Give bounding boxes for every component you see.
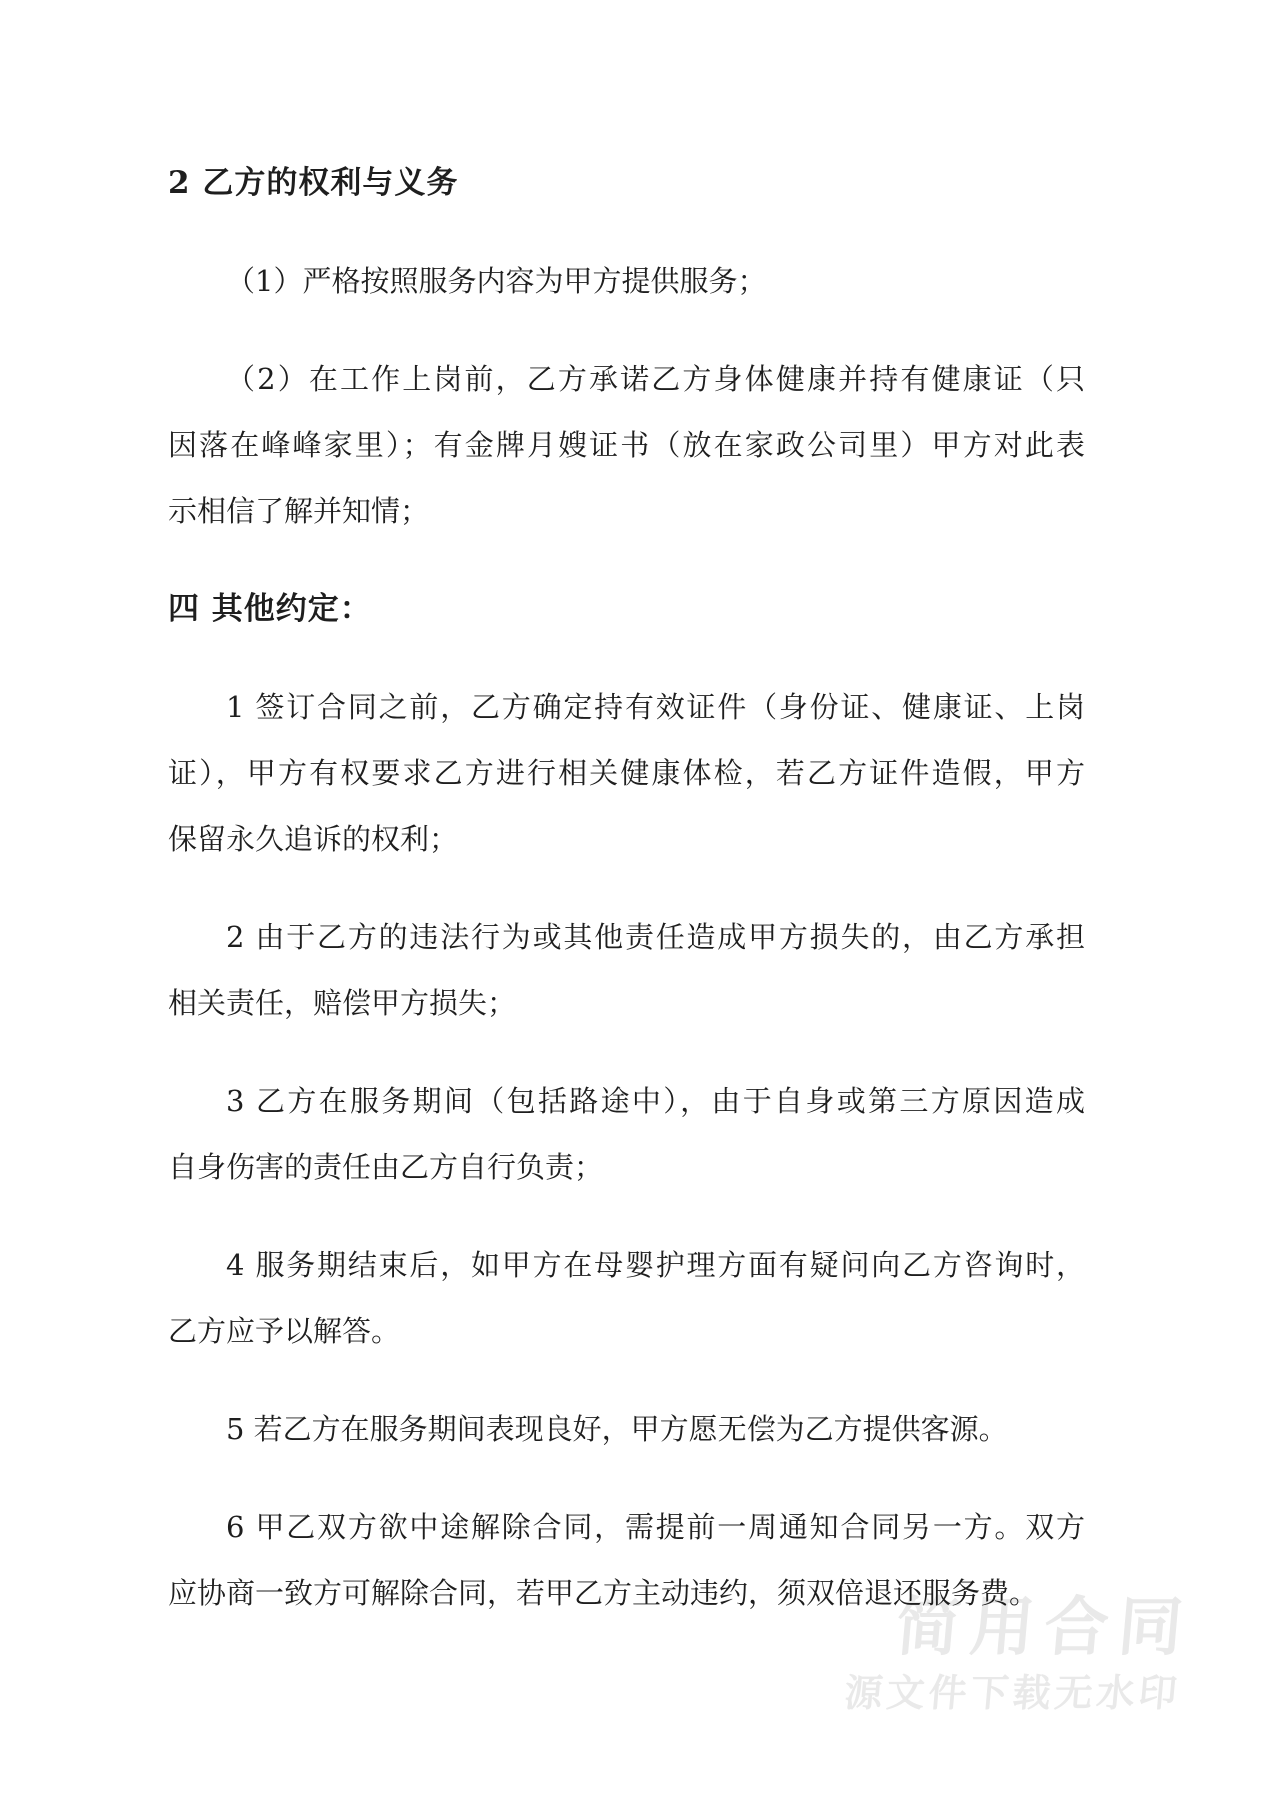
text-line: 6 甲乙双方欲中途解除合同，需提前一周通知合同另一方。双方 <box>168 1494 1085 1560</box>
contract-paragraph: 6 甲乙双方欲中途解除合同，需提前一周通知合同另一方。双方应协商一致方可解除合同… <box>168 1494 1085 1626</box>
contract-body: 2 乙方的权利与义务（1）严格按照服务内容为甲方提供服务；（2）在工作上岗前，乙… <box>168 150 1085 1658</box>
section-heading: 2 乙方的权利与义务 <box>168 150 1085 216</box>
text-line: 相关责任，赔偿甲方损失； <box>168 970 1085 1036</box>
text-line: 应协商一致方可解除合同，若甲乙方主动违约，须双倍退还服务费。 <box>168 1560 1085 1626</box>
text-line: 4 服务期结束后，如甲方在母婴护理方面有疑问向乙方咨询时， <box>168 1232 1085 1298</box>
section-heading: 四 其他约定： <box>168 576 1085 642</box>
text-line: 证），甲方有权要求乙方进行相关健康体检，若乙方证件造假，甲方 <box>168 740 1085 806</box>
text-line: 2 乙方的权利与义务 <box>168 150 1085 216</box>
text-line: 保留永久追诉的权利； <box>168 806 1085 872</box>
contract-paragraph: 4 服务期结束后，如甲方在母婴护理方面有疑问向乙方咨询时，乙方应予以解答。 <box>168 1232 1085 1364</box>
text-line: 乙方应予以解答。 <box>168 1298 1085 1364</box>
contract-paragraph: （1）严格按照服务内容为甲方提供服务； <box>168 248 1085 314</box>
text-line: 2 由于乙方的违法行为或其他责任造成甲方损失的，由乙方承担 <box>168 904 1085 970</box>
text-line: （1）严格按照服务内容为甲方提供服务； <box>168 248 1085 314</box>
text-line: 1 签订合同之前，乙方确定持有效证件（身份证、健康证、上岗 <box>168 674 1085 740</box>
contract-paragraph: 5 若乙方在服务期间表现良好，甲方愿无偿为乙方提供客源。 <box>168 1396 1085 1462</box>
text-line: （2）在工作上岗前，乙方承诺乙方身体健康并持有健康证（只 <box>168 346 1085 412</box>
watermark-subtitle: 源文件下载无水印 <box>843 1674 1182 1712</box>
text-line: 自身伤害的责任由乙方自行负责； <box>168 1134 1085 1200</box>
text-line: 5 若乙方在服务期间表现良好，甲方愿无偿为乙方提供客源。 <box>168 1396 1085 1462</box>
document-page: 2 乙方的权利与义务（1）严格按照服务内容为甲方提供服务；（2）在工作上岗前，乙… <box>0 0 1280 1810</box>
contract-paragraph: 3 乙方在服务期间（包括路途中），由于自身或第三方原因造成自身伤害的责任由乙方自… <box>168 1068 1085 1200</box>
text-line: 四 其他约定： <box>168 576 1085 642</box>
text-line: 示相信了解并知情； <box>168 478 1085 544</box>
contract-paragraph: 2 由于乙方的违法行为或其他责任造成甲方损失的，由乙方承担相关责任，赔偿甲方损失… <box>168 904 1085 1036</box>
text-line: 因落在峰峰家里）；有金牌月嫂证书（放在家政公司里）甲方对此表 <box>168 412 1085 478</box>
contract-paragraph: 1 签订合同之前，乙方确定持有效证件（身份证、健康证、上岗证），甲方有权要求乙方… <box>168 674 1085 872</box>
text-line: 3 乙方在服务期间（包括路途中），由于自身或第三方原因造成 <box>168 1068 1085 1134</box>
contract-paragraph: （2）在工作上岗前，乙方承诺乙方身体健康并持有健康证（只因落在峰峰家里）；有金牌… <box>168 346 1085 544</box>
